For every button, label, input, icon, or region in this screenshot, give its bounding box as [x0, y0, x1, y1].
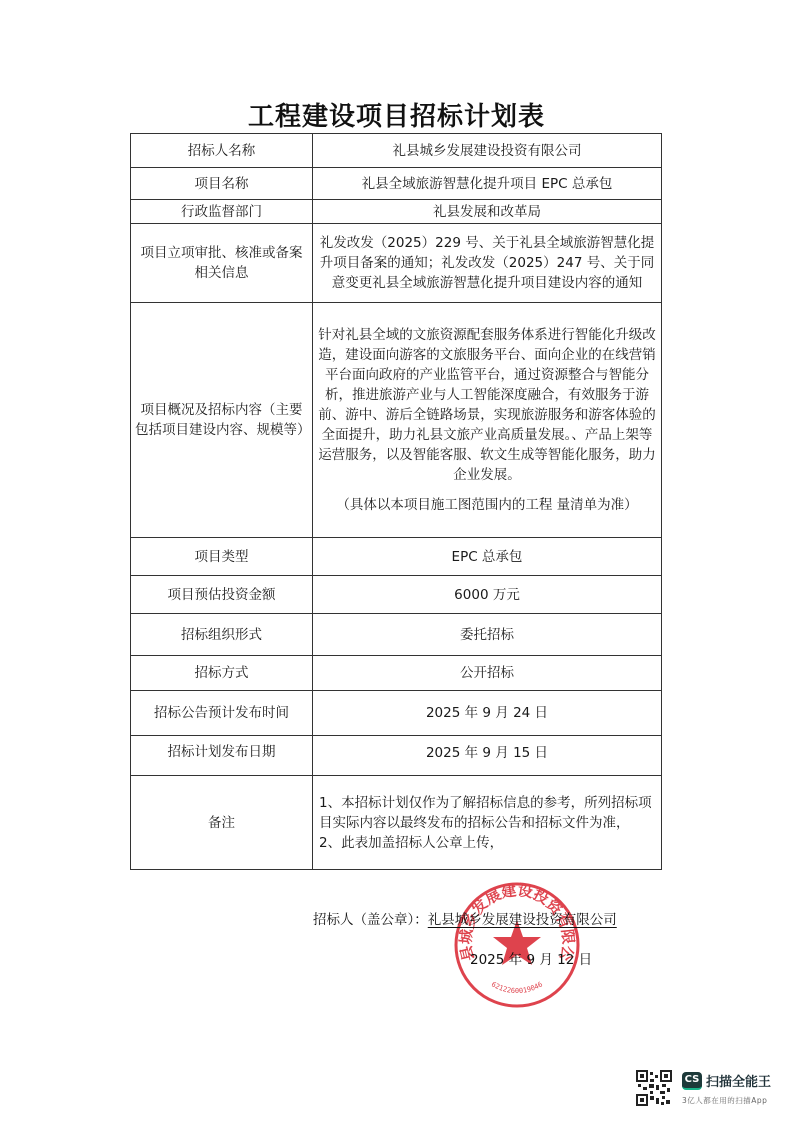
overview-text: 针对礼县全域的文旅资源配套服务体系进行智能化升级改造，建设面向游客的文旅服务平台…	[317, 325, 657, 485]
row-value: 2025 年 9 月 24 日	[313, 691, 662, 736]
row-label: 招标方式	[131, 656, 313, 691]
row-label: 招标公告预计发布时间	[131, 691, 313, 736]
overview-note: （具体以本项目施工图范围内的工程 量清单为准）	[317, 495, 657, 515]
row-label: 项目立项审批、核准或备案相关信息	[131, 224, 313, 303]
table-row: 项目类型 EPC 总承包	[131, 538, 662, 576]
table-row: 招标计划发布日期 2025 年 9 月 15 日	[131, 736, 662, 776]
remark-line: 1、本招标计划仅作为了解招标信息的参考，所列招标项目实际内容以最终发布的招标公告…	[319, 793, 655, 833]
row-label: 项目概况及招标内容（主要包括项目建设内容、规模等）	[131, 303, 313, 538]
row-value: 公开招标	[313, 656, 662, 691]
row-value: EPC 总承包	[313, 538, 662, 576]
row-value: 礼县发展和改革局	[313, 200, 662, 224]
table-row: 项目名称 礼县全域旅游智慧化提升项目 EPC 总承包	[131, 168, 662, 200]
row-label: 招标组织形式	[131, 614, 313, 656]
remarks-cell: 1、本招标计划仅作为了解招标信息的参考，所列招标项目实际内容以最终发布的招标公告…	[313, 776, 662, 870]
signature-line: 招标人（盖公章）：礼县城乡发展建设投资有限公司	[313, 908, 617, 928]
row-label: 行政监督部门	[131, 200, 313, 224]
signature-organization: 礼县城乡发展建设投资有限公司	[428, 912, 617, 928]
row-label: 项目类型	[131, 538, 313, 576]
row-value: 委托招标	[313, 614, 662, 656]
table-row: 行政监督部门 礼县发展和改革局	[131, 200, 662, 224]
table-row: 项目预估投资金额 6000 万元	[131, 576, 662, 614]
table-row: 备注 1、本招标计划仅作为了解招标信息的参考，所列招标项目实际内容以最终发布的招…	[131, 776, 662, 870]
svg-text:6212260019046: 6212260019046	[490, 980, 544, 995]
signature-label: 招标人（盖公章）：	[313, 912, 428, 928]
row-value: 6000 万元	[313, 576, 662, 614]
table-row: 项目概况及招标内容（主要包括项目建设内容、规模等） 针对礼县全域的文旅资源配套服…	[131, 303, 662, 538]
row-label: 招标计划发布日期	[131, 736, 313, 776]
row-label: 项目预估投资金额	[131, 576, 313, 614]
row-value: 礼县全域旅游智慧化提升项目 EPC 总承包	[313, 168, 662, 200]
table-row: 招标方式 公开招标	[131, 656, 662, 691]
overview-cell: 针对礼县全域的文旅资源配套服务体系进行智能化升级改造，建设面向游客的文旅服务平台…	[313, 303, 662, 538]
bid-plan-table: 招标人名称 礼县城乡发展建设投资有限公司 项目名称 礼县全域旅游智慧化提升项目 …	[130, 133, 662, 870]
seal-code: 6212260019046	[490, 980, 544, 995]
official-seal-icon: 礼县城乡发展建设投资有限公司 6212260019046	[452, 880, 582, 1010]
remark-line: 2、此表加盖招标人公章上传，	[319, 833, 655, 853]
row-label: 招标人名称	[131, 134, 313, 168]
table-row: 招标公告预计发布时间 2025 年 9 月 24 日	[131, 691, 662, 736]
table-row: 招标人名称 礼县城乡发展建设投资有限公司	[131, 134, 662, 168]
row-value: 礼发改发（2025）229 号、关于礼县全域旅游智慧化提升项目备案的通知；礼发改…	[313, 224, 662, 303]
row-label: 项目名称	[131, 168, 313, 200]
table-row: 招标组织形式 委托招标	[131, 614, 662, 656]
app-tagline: 3亿人都在用的扫描App	[682, 1095, 767, 1106]
row-value: 2025 年 9 月 15 日	[313, 736, 662, 776]
app-name: 扫描全能王	[706, 1071, 771, 1090]
row-value: 礼县城乡发展建设投资有限公司	[313, 134, 662, 168]
table-row: 项目立项审批、核准或备案相关信息 礼发改发（2025）229 号、关于礼县全域旅…	[131, 224, 662, 303]
signature-date: 2025 年 9 月 12 日	[470, 948, 592, 968]
document-title: 工程建设项目招标计划表	[0, 96, 793, 133]
camscanner-logo-icon: CS	[682, 1072, 702, 1090]
qr-code-icon	[636, 1070, 672, 1106]
row-label: 备注	[131, 776, 313, 870]
scanner-watermark: CS 扫描全能王 3亿人都在用的扫描App	[636, 1068, 786, 1112]
